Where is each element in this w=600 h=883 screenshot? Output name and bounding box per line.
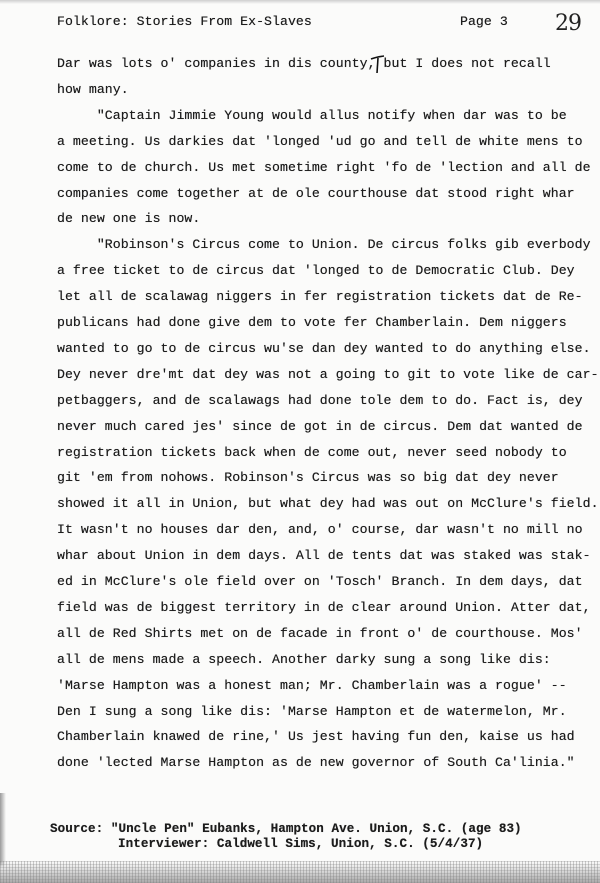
text-line: de new one is now. [57, 211, 200, 226]
text-line: companies come together at de ole courth… [57, 186, 575, 201]
text-line: 'Marse Hampton was a honest man; Mr. Cha… [57, 678, 567, 693]
text-line: Den I sung a song like dis: 'Marse Hampt… [57, 704, 567, 719]
document-page: Folklore: Stories From Ex-Slaves Page 3 … [0, 0, 600, 883]
header-page-label: Page 3 [460, 14, 508, 29]
text-line: never much cared jes' since de got in de… [57, 419, 583, 434]
text-line: showed it all in Union, but what dey had… [57, 496, 599, 511]
text-line: all de mens made a speech. Another darky… [57, 652, 551, 667]
text-line: git 'em from nohows. Robinson's Circus w… [57, 470, 559, 485]
text-line: Dey never dre'mt dat dey was not a going… [57, 367, 599, 382]
scan-bottom-noise [0, 861, 600, 883]
header-title: Folklore: Stories From Ex-Slaves [57, 14, 312, 29]
text-line: "Robinson's Circus come to Union. De cir… [57, 237, 591, 252]
text-line: all de Red Shirts met on de facade in fr… [57, 626, 583, 641]
text-line: It wasn't no houses dar den, and, o' cou… [57, 522, 583, 537]
text-line: field was de biggest territory in de cle… [57, 600, 591, 615]
text-line: publicans had done give dem to vote fer … [57, 315, 567, 330]
text-line: done 'lected Marse Hampton as de new gov… [57, 755, 575, 770]
text-line: "Captain Jimmie Young would allus notify… [57, 108, 567, 123]
interviewer-line: Interviewer: Caldwell Sims, Union, S.C. … [118, 837, 483, 851]
text-line: ed in McClure's ole field over on 'Tosch… [57, 574, 583, 589]
text-line: Chamberlain knawed de rine,' Us jest hav… [57, 729, 575, 744]
text-line: a meeting. Us darkies dat 'longed 'ud go… [57, 134, 583, 149]
text-line: come to de church. Us met sometime right… [57, 160, 591, 175]
text-line: Dar was lots o' companies in dis county,… [57, 56, 551, 71]
scan-top-edge [0, 0, 600, 4]
text-line: registration tickets back when de come o… [57, 445, 567, 460]
text-line: how many. [57, 82, 129, 97]
text-line: let all de scalawag niggers in fer regis… [57, 289, 583, 304]
text-line: petbaggers, and de scalawags had done to… [57, 393, 583, 408]
page-number: 29 [555, 11, 581, 36]
text-line: wanted to go to de circus wu'se dan dey … [57, 341, 591, 356]
text-line: a free ticket to de circus dat 'longed t… [57, 263, 575, 278]
source-line: Source: "Uncle Pen" Eubanks, Hampton Ave… [50, 822, 522, 836]
text-line: whar about Union in dem days. All de ten… [57, 548, 591, 563]
